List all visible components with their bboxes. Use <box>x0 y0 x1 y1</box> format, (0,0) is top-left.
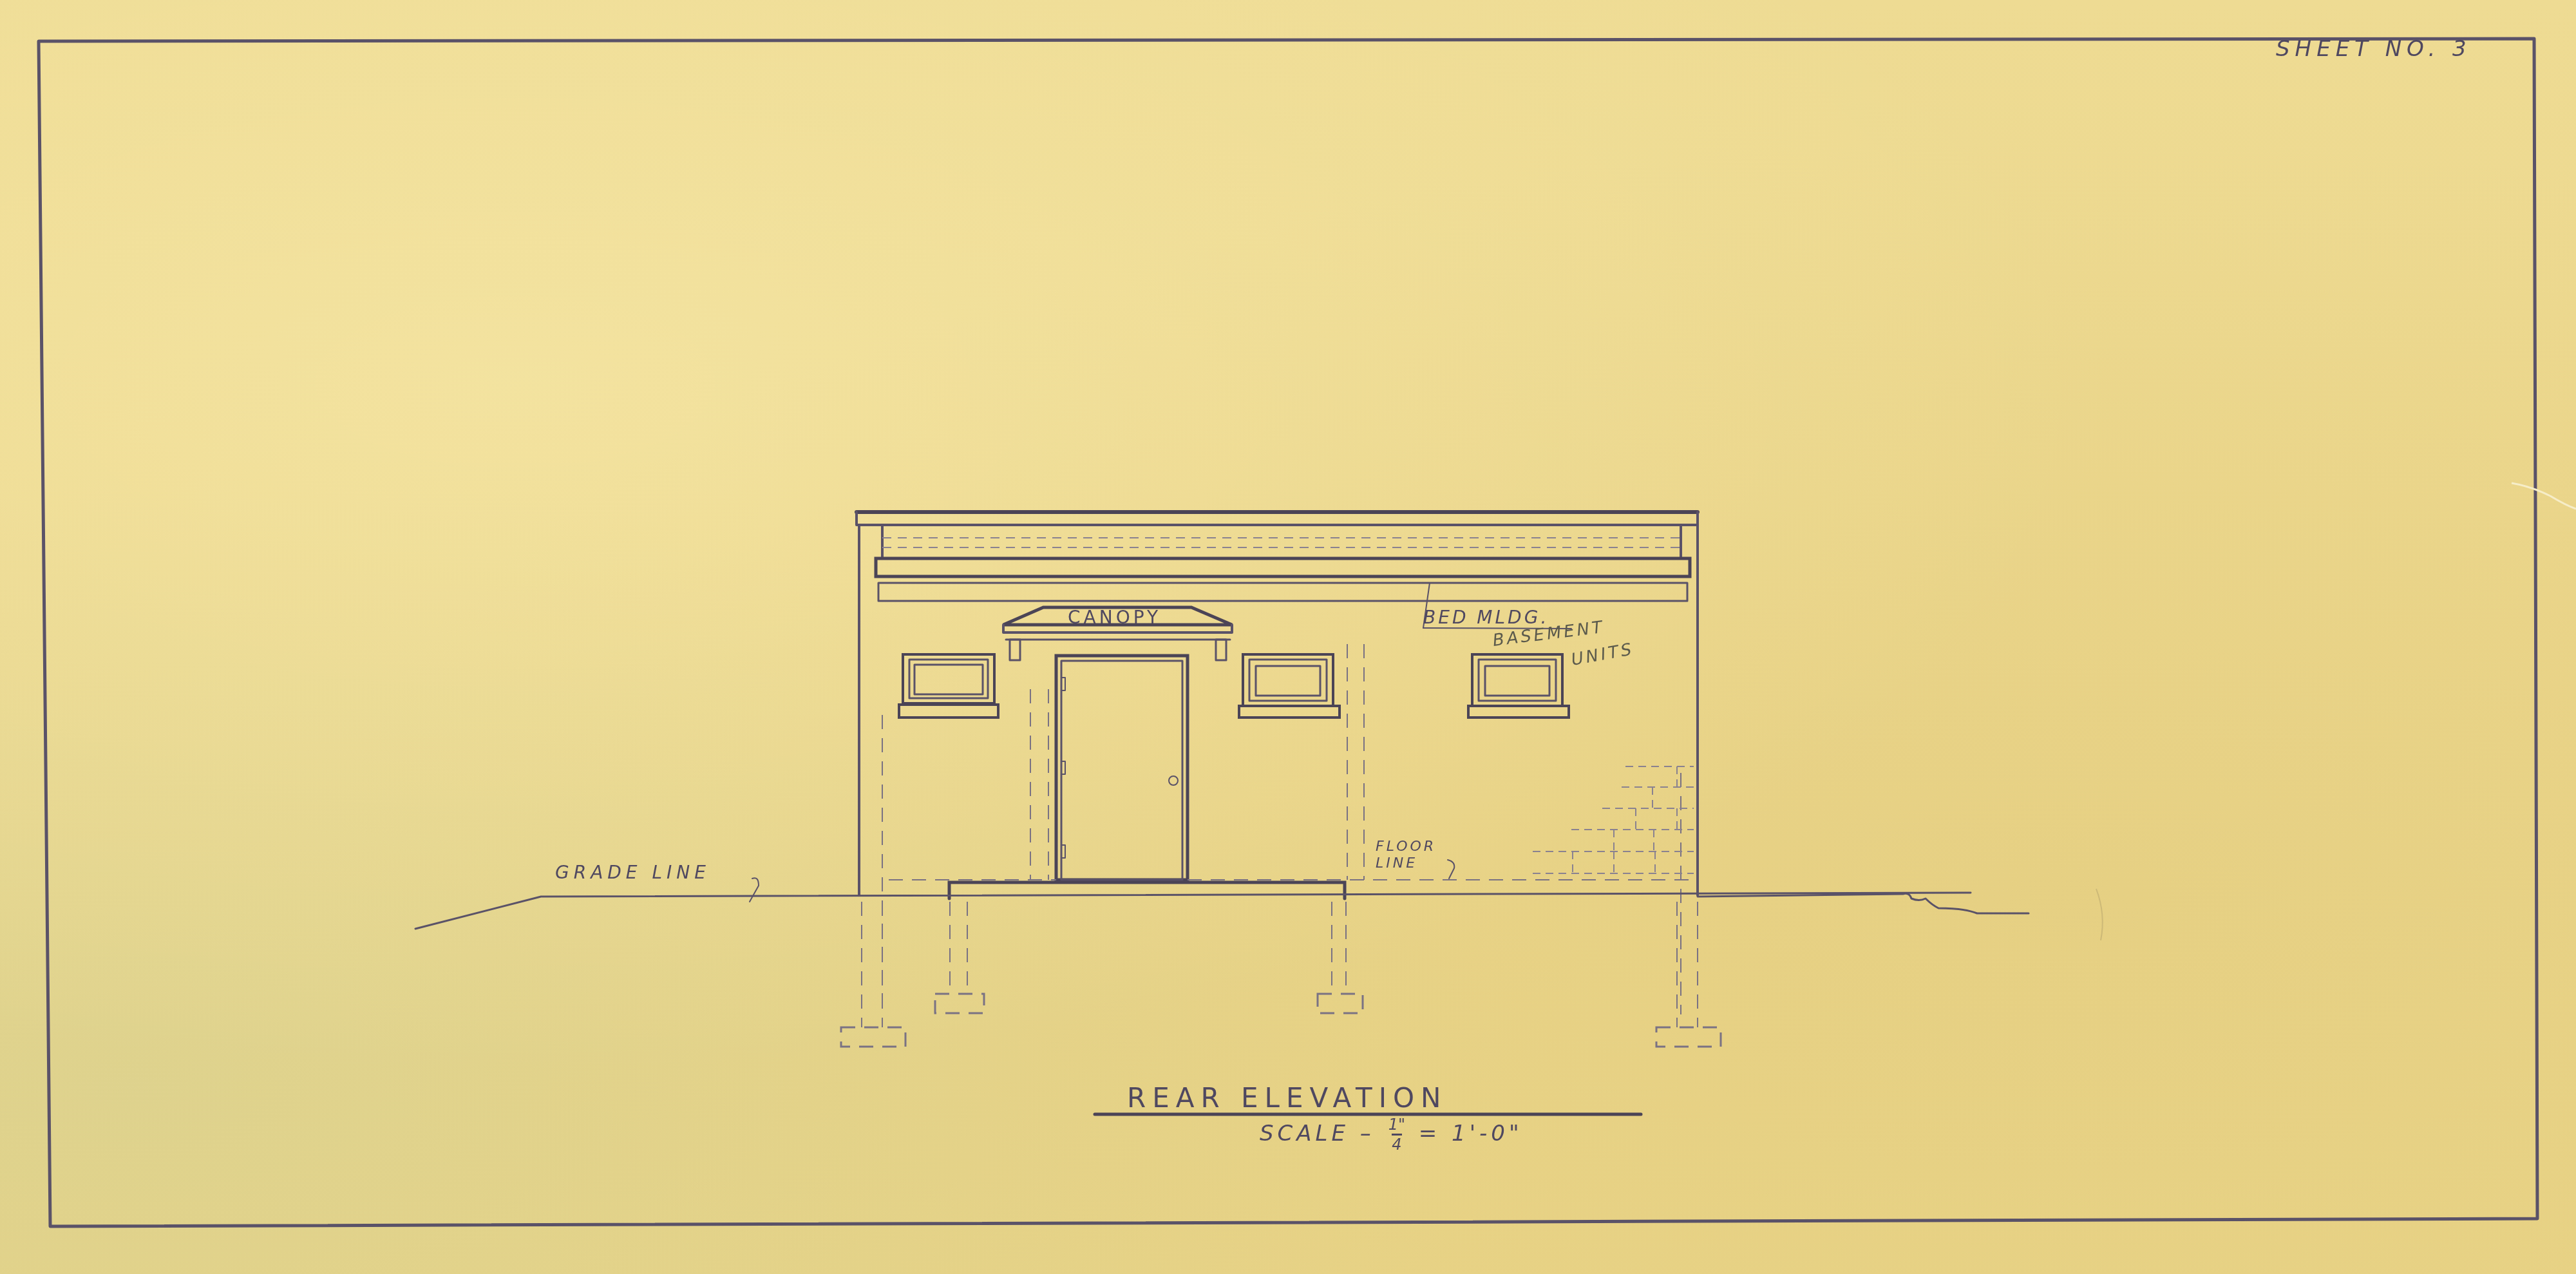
paper-crease <box>2096 483 2576 940</box>
floor-line-label: FLOOR LINE <box>1376 839 1446 872</box>
bed-molding-label: BED MLDG. <box>1423 607 1549 628</box>
grade-line-label: GRADE LINE <box>555 862 710 883</box>
scale-suffix: = 1'-0" <box>1419 1121 1523 1146</box>
sheet-border <box>39 39 2537 1226</box>
leader-lines <box>750 583 1571 902</box>
scale-prefix: SCALE – <box>1260 1121 1375 1146</box>
scale-numerator: 1" <box>1388 1117 1405 1132</box>
scale-denominator: 4 <box>1392 1137 1401 1152</box>
scale-fraction: 1" 4 <box>1388 1117 1405 1152</box>
sheet-number: SHEET NO. 3 <box>2276 36 2472 62</box>
building-elevation <box>841 512 1721 1047</box>
left-basement-window <box>899 654 998 718</box>
grade-line <box>415 893 2029 929</box>
rear-door <box>1056 656 1188 880</box>
canopy-label: CANOPY <box>1068 607 1161 628</box>
blueprint-sheet: SHEET NO. 3 CANOPY BED MLDG. BASEMENT UN… <box>0 0 2576 1274</box>
brick-pattern <box>1533 766 1694 873</box>
drawing-title: REAR ELEVATION <box>1127 1082 1448 1114</box>
footings <box>841 994 1721 1047</box>
right-basement-window <box>1468 654 1569 718</box>
drawing-scale: SCALE – 1" 4 = 1'-0" <box>1260 1117 1523 1152</box>
center-basement-window <box>1239 654 1340 718</box>
